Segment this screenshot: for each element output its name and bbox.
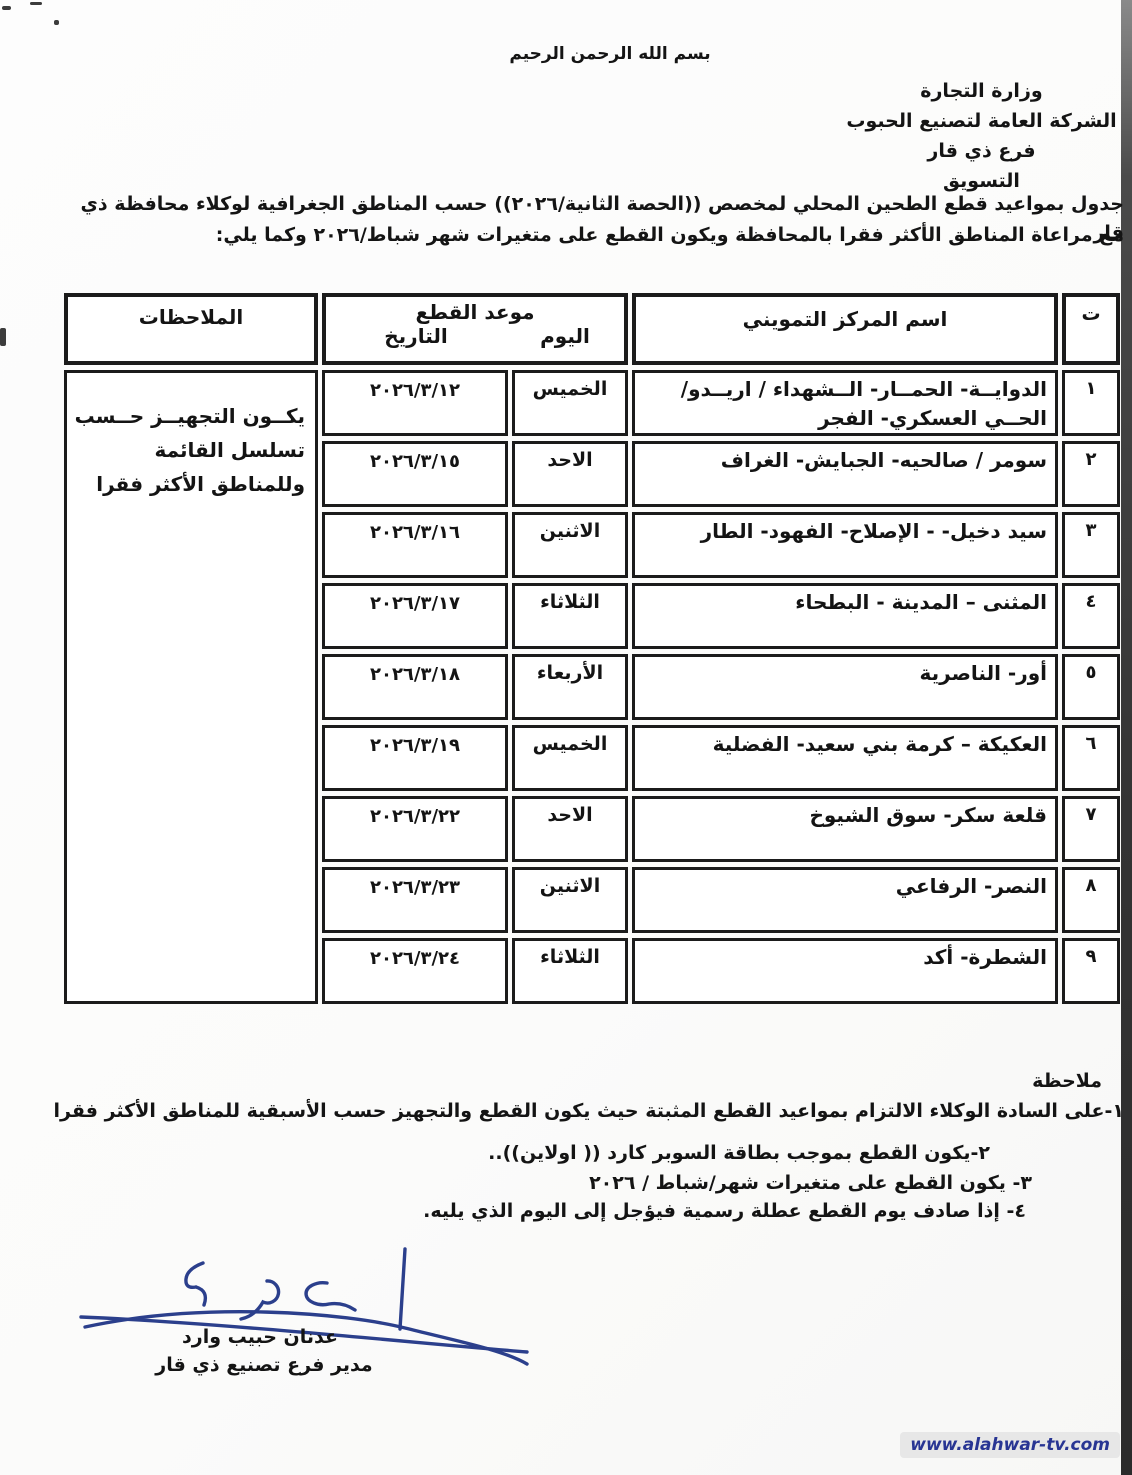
schedule-table: ت اسم المركز التمويني موعد القطع اليوم ا… bbox=[64, 293, 1120, 1009]
cell-date: ٢٠٢٦/٣/١٢ bbox=[322, 370, 508, 436]
cell-seq: ٧ bbox=[1062, 796, 1120, 862]
scan-speck bbox=[0, 328, 6, 346]
scan-speck bbox=[54, 20, 59, 25]
org-line-company: الشركة العامة لتصنيع الحبوب bbox=[839, 106, 1124, 136]
watermark-website: www.alahwar-tv.com bbox=[900, 1432, 1120, 1458]
org-line-ministry: وزارة التجارة bbox=[839, 76, 1124, 106]
cell-seq: ٣ bbox=[1062, 512, 1120, 578]
organization-header: وزارة التجارة الشركة العامة لتصنيع الحبو… bbox=[839, 76, 1124, 196]
header-day: اليوم bbox=[506, 324, 624, 348]
intro-paragraph-line2: مع مراعاة المناطق الأكثر فقرا بالمحافظة … bbox=[64, 221, 1124, 250]
cell-seq: ٨ bbox=[1062, 867, 1120, 933]
cell-date: ٢٠٢٦/٣/١٨ bbox=[322, 654, 508, 720]
footnote-item: ٢-يكون القطع بموجب بطاقة السوبر كارد (( … bbox=[488, 1142, 990, 1164]
footnote-item: ٤- إذا صادف يوم القطع عطلة رسمية فيؤجل إ… bbox=[423, 1200, 1026, 1222]
scan-speck bbox=[2, 6, 11, 10]
cell-day: الخميس bbox=[512, 370, 628, 436]
cell-center-name: أور- الناصرية bbox=[632, 654, 1058, 720]
cell-date: ٢٠٢٦/٣/١٥ bbox=[322, 441, 508, 507]
cell-day: الأربعاء bbox=[512, 654, 628, 720]
footnote-item: ٣- يكون القطع على متغيرات شهر/شباط / ٢٠٢… bbox=[589, 1172, 1032, 1194]
cell-date: ٢٠٢٦/٣/٢٢ bbox=[322, 796, 508, 862]
footnotes-title: ملاحظة bbox=[1032, 1070, 1102, 1092]
cell-date: ٢٠٢٦/٣/١٩ bbox=[322, 725, 508, 791]
footnote-item: ١-على السادة الوكلاء الالتزام بمواعيد ال… bbox=[54, 1100, 1124, 1122]
signer-name: عدنان حبيب وارد bbox=[150, 1326, 370, 1348]
cell-seq: ١ bbox=[1062, 370, 1120, 436]
cell-day: الاحد bbox=[512, 796, 628, 862]
basmala-text: بسم الله الرحمن الرحيم bbox=[420, 44, 800, 64]
header-cut-date-subrow: اليوم التاريخ bbox=[326, 324, 624, 348]
cell-center-name: سومر / صالحيه- الجبايش- الغراف bbox=[632, 441, 1058, 507]
cell-date: ٢٠٢٦/٣/١٧ bbox=[322, 583, 508, 649]
scan-speck bbox=[30, 2, 42, 5]
cell-day: الخميس bbox=[512, 725, 628, 791]
header-cut-date-title: موعد القطع bbox=[326, 297, 624, 324]
cell-seq: ٦ bbox=[1062, 725, 1120, 791]
table-header-row: ت اسم المركز التمويني موعد القطع اليوم ا… bbox=[64, 293, 1120, 365]
header-notes: الملاحظات bbox=[64, 293, 318, 365]
org-line-branch: فرع ذي قار bbox=[839, 136, 1124, 166]
header-center-name: اسم المركز التمويني bbox=[632, 293, 1058, 365]
header-date: التاريخ bbox=[326, 324, 506, 348]
cell-center-name: الدوايــة- الحمــار- الــشهداء / اريــدو… bbox=[632, 370, 1058, 436]
header-cut-date-group: موعد القطع اليوم التاريخ bbox=[322, 293, 628, 365]
cell-day: الاثنين bbox=[512, 867, 628, 933]
cell-seq: ٩ bbox=[1062, 938, 1120, 1004]
cell-day: الثلاثاء bbox=[512, 583, 628, 649]
cell-day: الاثنين bbox=[512, 512, 628, 578]
cell-center-name: الشطرة- أكد bbox=[632, 938, 1058, 1004]
cell-center-name: العكيكة – كرمة بني سعيد- الفضلية bbox=[632, 725, 1058, 791]
cell-center-name: النصر- الرفاعي bbox=[632, 867, 1058, 933]
cell-seq: ٥ bbox=[1062, 654, 1120, 720]
cell-center-name: سيد دخيل- - الإصلاح- الفهود- الطار bbox=[632, 512, 1058, 578]
header-seq: ت bbox=[1062, 293, 1120, 365]
cell-day: الاحد bbox=[512, 441, 628, 507]
cell-seq: ٤ bbox=[1062, 583, 1120, 649]
cell-day: الثلاثاء bbox=[512, 938, 628, 1004]
cell-date: ٢٠٢٦/٣/١٦ bbox=[322, 512, 508, 578]
cell-date: ٢٠٢٦/٣/٢٤ bbox=[322, 938, 508, 1004]
cell-date: ٢٠٢٦/٣/٢٣ bbox=[322, 867, 508, 933]
cell-center-name: المثنى – المدينة - البطحاء bbox=[632, 583, 1058, 649]
scanned-document-page: بسم الله الرحمن الرحيم وزارة التجارة الش… bbox=[0, 0, 1132, 1475]
cell-center-name: قلعة سكر- سوق الشيوخ bbox=[632, 796, 1058, 862]
notes-column-cell: يكــون التجهيــز حــسب تسلسل القائمة ولل… bbox=[64, 370, 318, 1004]
signer-title: مدير فرع تصنيع ذي قار bbox=[118, 1354, 410, 1376]
cell-seq: ٢ bbox=[1062, 441, 1120, 507]
